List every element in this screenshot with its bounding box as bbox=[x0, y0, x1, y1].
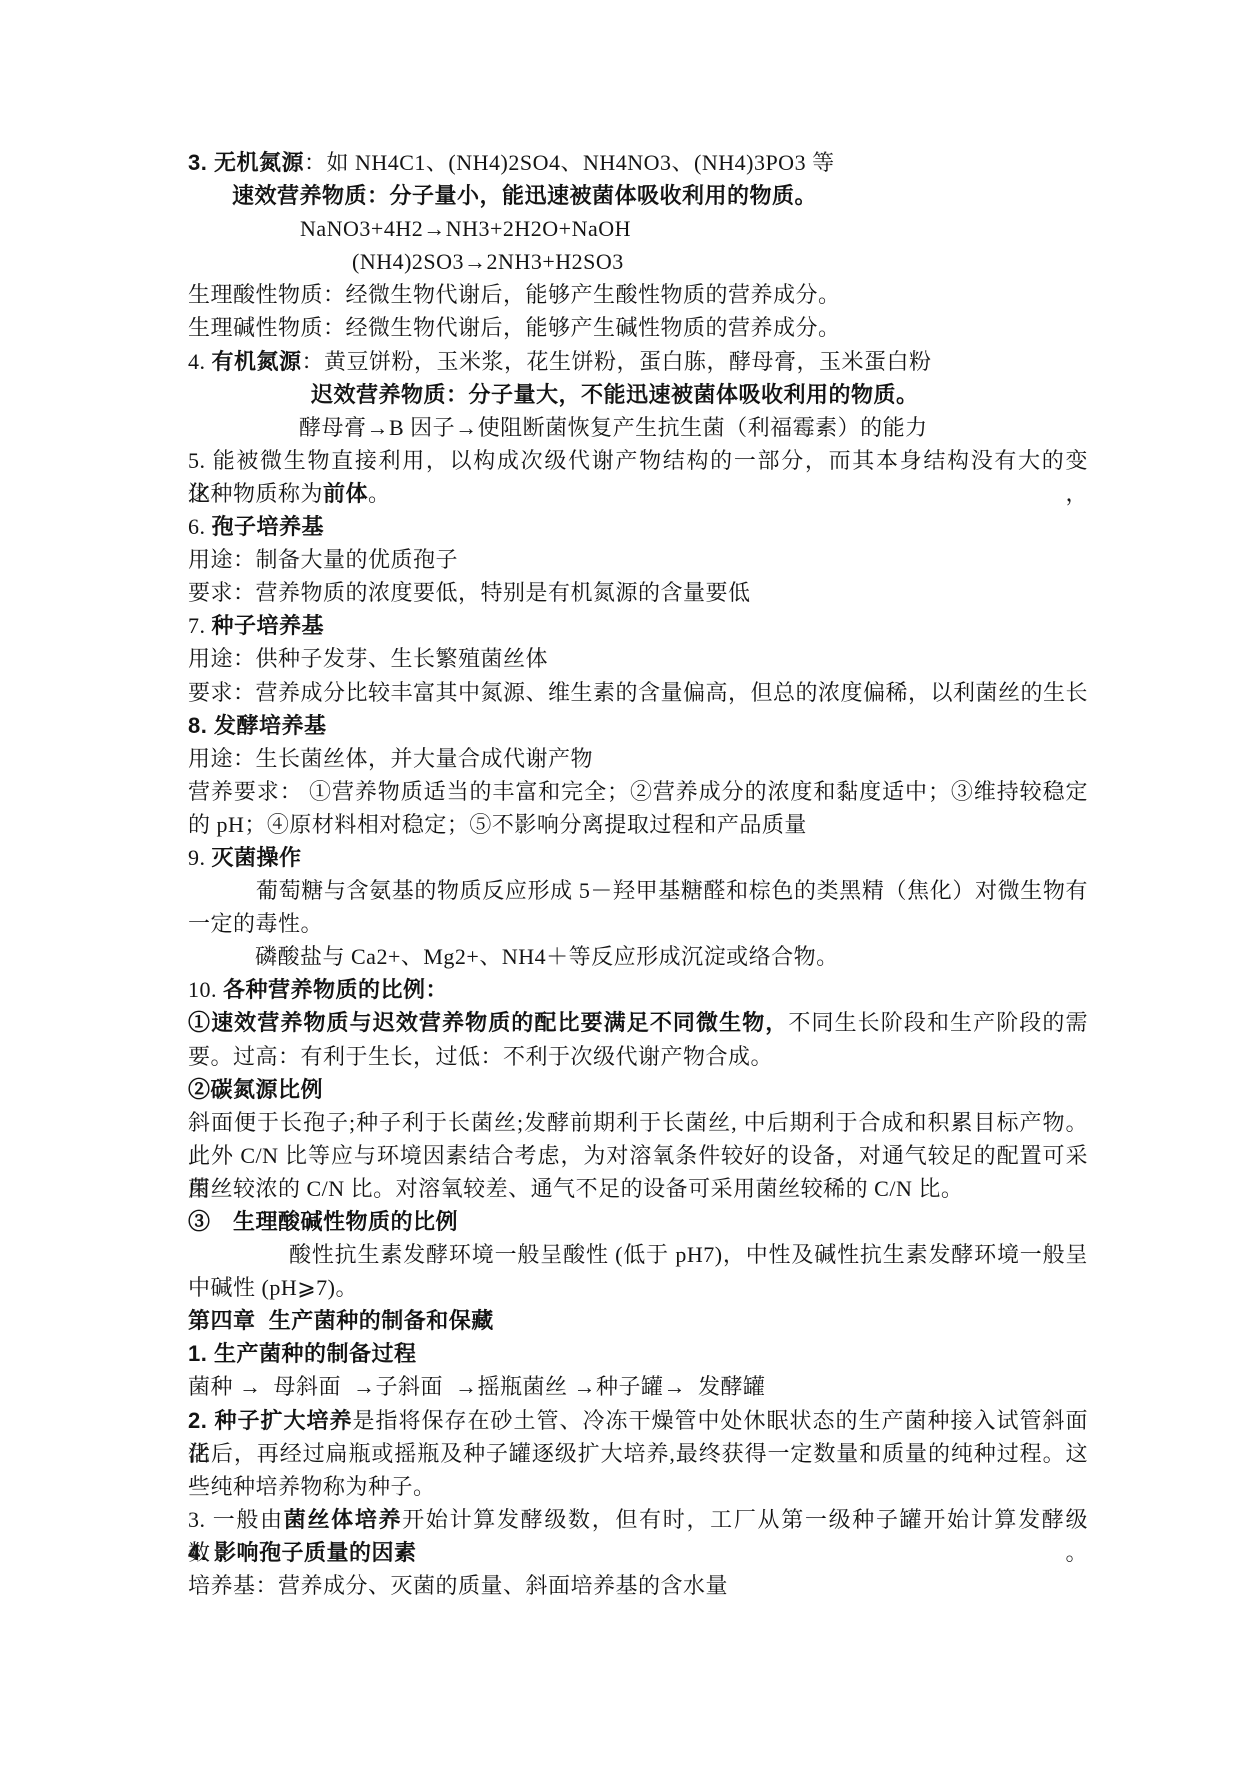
body-text-run: 一定的毒性。 bbox=[188, 911, 323, 936]
fermentation-medium-requirement-part1: 营养要求： ①营养物质适当的丰富和完全；②营养成分的浓度和黏度适中；③维持较稳定 bbox=[188, 775, 1088, 808]
emphasis-text-run: 孢子培养基 bbox=[212, 514, 325, 539]
body-text-run: 4. bbox=[188, 349, 212, 374]
emphasis-text-run: ③ 生理酸碱性物质的比例 bbox=[188, 1209, 458, 1234]
emphasis-text-run: 8. 发酵培养基 bbox=[188, 713, 326, 738]
ph-note-part1: 酸性抗生素发酵环境一般呈酸性 (低于 pH7)，中性及碱性抗生素发酵环境一般呈 bbox=[188, 1238, 1088, 1271]
list-item-2-seed-expansion-part1: 2. 种子扩大培养是指将保存在砂土管、冷冻干燥管中处休眠状态的生产菌种接入试管斜… bbox=[188, 1404, 1088, 1437]
seed-medium-requirement: 要求：营养成分比较丰富其中氮源、维生素的含量偏高，但总的浓度偏稀，以利菌丝的生长 bbox=[188, 676, 1088, 709]
chemical-equation-2: (NH4)2SO3→2NH3+H2SO3 bbox=[188, 245, 1088, 278]
cn-ratio-note-part3: 菌丝较浓的 C/N 比。对溶氧较差、通气不足的设备可采用菌丝较稀的 C/N 比。 bbox=[188, 1172, 1088, 1205]
emphasis-text-run: 灭菌操作 bbox=[212, 845, 302, 870]
emphasis-text-run: 种子培养基 bbox=[212, 613, 325, 638]
body-text-run: 营养要求： ①营养物质适当的丰富和完全；②营养成分的浓度和黏度适中；③维持较稳定 bbox=[188, 779, 1088, 804]
yeast-extract-note: 酵母膏→B 因子→使阻断菌恢复产生抗生菌（利福霉素）的能力 bbox=[188, 411, 1088, 444]
emphasis-text-run: 前体 bbox=[323, 481, 368, 506]
body-text-run: 这种物质称为 bbox=[188, 481, 323, 506]
emphasis-text-run: 速效营养物质：分子量小，能迅速被菌体吸收利用的物质。 bbox=[232, 183, 817, 208]
medium-factors-note: 培养基：营养成分、灭菌的质量、斜面培养基的含水量 bbox=[188, 1569, 1088, 1602]
chemical-equation-1: NaNO3+4H2→NH3+2H2O+NaOH bbox=[188, 212, 1088, 245]
body-text-run: 9. bbox=[188, 845, 212, 870]
list-item-7-seed-medium: 7. 种子培养基 bbox=[188, 609, 1088, 642]
body-text-run: 用途：供种子发芽、生长繁殖菌丝体 bbox=[188, 646, 548, 671]
chapter-4-heading: 第四章 生产菌种的制备和保藏 bbox=[188, 1304, 1088, 1337]
body-text-run: 斜面便于长孢子;种子利于长菌丝;发酵前期利于长菌丝, 中后期利于合成和积累目标产… bbox=[188, 1110, 1088, 1135]
fermentation-medium-requirement-part2: 的 pH；④原材料相对稳定；⑤不影响分离提取过程和产品质量 bbox=[188, 808, 1088, 841]
body-text-run: 用途：制备大量的优质孢子 bbox=[188, 547, 458, 572]
body-text-run: ：如 NH4C1、(NH4)2SO4、NH4NO3、(NH4)3PO3 等 bbox=[304, 150, 835, 175]
emphasis-text-run: 迟效营养物质：分子量大，不能迅速被菌体吸收利用的物质。 bbox=[311, 382, 919, 407]
cn-ratio-note-part2: 此外 C/N 比等应与环境因素结合考虑，为对溶氧条件较好的设备，对通气较足的配置… bbox=[188, 1139, 1088, 1172]
body-text-run: 化后，再经过扁瓶或摇瓶及种子罐逐级扩大培养,最终获得一定数量和质量的纯种过程。这 bbox=[188, 1441, 1088, 1466]
body-text-run: 菌种 → 母斜面 →子斜面 →摇瓶菌丝 →种子罐→ 发酵罐 bbox=[188, 1374, 766, 1399]
ratio-point-1-part1: ①速效营养物质与迟效营养物质的配比要满足不同微生物，不同生长阶段和生产阶段的需 bbox=[188, 1006, 1088, 1039]
body-text-run: (NH4)2SO3→2NH3+H2SO3 bbox=[352, 249, 624, 274]
list-item-1-strain-preparation: 1. 生产菌种的制备过程 bbox=[188, 1337, 1088, 1370]
phosphate-note: 磷酸盐与 Ca2+、Mg2+、NH4＋等反应形成沉淀或络合物。 bbox=[188, 940, 1088, 973]
emphasis-text-run: 有机氮源 bbox=[212, 349, 302, 374]
list-item-6-spore-medium: 6. 孢子培养基 bbox=[188, 510, 1088, 543]
list-item-8-fermentation-medium: 8. 发酵培养基 bbox=[188, 709, 1088, 742]
body-text-run: ：黄豆饼粉，玉米浆，花生饼粉，蛋白胨，酵母膏，玉米蛋白粉 bbox=[302, 349, 932, 374]
list-item-5-precursor-part1: 5. 能被微生物直接利用，以构成次级代谢产物结构的一部分，而其本身结构没有大的变… bbox=[188, 444, 1088, 477]
body-text-run: 7. bbox=[188, 613, 212, 638]
list-item-3-inorganic-nitrogen: 3. 无机氮源：如 NH4C1、(NH4)2SO4、NH4NO3、(NH4)3P… bbox=[188, 146, 1088, 179]
emphasis-text-run: 菌丝体培养 bbox=[284, 1507, 402, 1532]
list-item-4-organic-nitrogen: 4. 有机氮源：黄豆饼粉，玉米浆，花生饼粉，蛋白胨，酵母膏，玉米蛋白粉 bbox=[188, 345, 1088, 378]
body-text-run: 用途：生长菌丝体，并大量合成代谢产物 bbox=[188, 746, 593, 771]
body-text-run: 。 bbox=[368, 481, 391, 506]
body-text-run: 不同生长阶段和生产阶段的需 bbox=[788, 1010, 1088, 1035]
definition-slow-nutrient: 迟效营养物质：分子量大，不能迅速被菌体吸收利用的物质。 bbox=[188, 378, 1088, 411]
definition-physiological-alkaline: 生理碱性物质：经微生物代谢后，能够产生碱性物质的营养成分。 bbox=[188, 311, 1088, 344]
list-item-3-mycelium-culture: 3. 一般由菌丝体培养开始计算发酵级数，但有时，工厂从第一级种子罐开始计算发酵级… bbox=[188, 1503, 1088, 1536]
cn-ratio-note-part1: 斜面便于长孢子;种子利于长菌丝;发酵前期利于长菌丝, 中后期利于合成和积累目标产… bbox=[188, 1106, 1088, 1139]
body-text-run: 培养基：营养成分、灭菌的质量、斜面培养基的含水量 bbox=[188, 1573, 728, 1598]
definition-quick-nutrient: 速效营养物质：分子量小，能迅速被菌体吸收利用的物质。 bbox=[188, 179, 1088, 212]
emphasis-text-run: 1. 生产菌种的制备过程 bbox=[188, 1341, 416, 1366]
body-text-run: 酸性抗生素发酵环境一般呈酸性 (低于 pH7)，中性及碱性抗生素发酵环境一般呈 bbox=[289, 1242, 1088, 1267]
body-text-run: 些纯种培养物称为种子。 bbox=[188, 1474, 436, 1499]
seed-medium-use: 用途：供种子发芽、生长繁殖菌丝体 bbox=[188, 642, 1088, 675]
body-text-run: 中碱性 (pH⩾7)。 bbox=[188, 1275, 358, 1300]
body-text-run: 6. bbox=[188, 514, 212, 539]
emphasis-text-run: 3. 无机氮源 bbox=[188, 150, 304, 175]
document-body: 3. 无机氮源：如 NH4C1、(NH4)2SO4、NH4NO3、(NH4)3P… bbox=[188, 146, 1088, 1602]
ratio-point-2-heading: ②碳氮源比例 bbox=[188, 1073, 1088, 1106]
body-text-run: 磷酸盐与 Ca2+、Mg2+、NH4＋等反应形成沉淀或络合物。 bbox=[255, 944, 839, 969]
body-text-run: 要求：营养物质的浓度要低，特别是有机氮源的含量要低 bbox=[188, 580, 751, 605]
emphasis-text-run: ②碳氮源比例 bbox=[188, 1077, 323, 1102]
body-text-run: 的 pH；④原材料相对稳定；⑤不影响分离提取过程和产品质量 bbox=[188, 812, 807, 837]
body-text-run: 要。过高：有利于生长，过低：不利于次级代谢产物合成。 bbox=[188, 1044, 773, 1069]
body-text-run: 10. bbox=[188, 977, 223, 1002]
list-item-2-seed-expansion-part2: 化后，再经过扁瓶或摇瓶及种子罐逐级扩大培养,最终获得一定数量和质量的纯种过程。这 bbox=[188, 1437, 1088, 1470]
ratio-point-3-heading: ③ 生理酸碱性物质的比例 bbox=[188, 1205, 1088, 1238]
list-item-2-seed-expansion-part3: 些纯种培养物称为种子。 bbox=[188, 1470, 1088, 1503]
body-text-run: 葡萄糖与含氨基的物质反应形成 5－羟甲基糖醛和棕色的类黑精（焦化）对微生物有 bbox=[256, 878, 1088, 903]
emphasis-text-run: ①速效营养物质与迟效营养物质的配比要满足不同微生物， bbox=[188, 1010, 788, 1035]
process-flow-line: 菌种 → 母斜面 →子斜面 →摇瓶菌丝 →种子罐→ 发酵罐 bbox=[188, 1370, 1088, 1403]
list-item-9-sterilization: 9. 灭菌操作 bbox=[188, 841, 1088, 874]
body-text-run: NaNO3+4H2→NH3+2H2O+NaOH bbox=[300, 216, 631, 241]
sterilization-note-part1: 葡萄糖与含氨基的物质反应形成 5－羟甲基糖醛和棕色的类黑精（焦化）对微生物有 bbox=[188, 874, 1088, 907]
body-text-run: 生理酸性物质：经微生物代谢后，能够产生酸性物质的营养成分。 bbox=[188, 282, 841, 307]
body-text-run: 生理碱性物质：经微生物代谢后，能够产生碱性物质的营养成分。 bbox=[188, 315, 841, 340]
emphasis-text-run: 第四章 生产菌种的制备和保藏 bbox=[188, 1308, 494, 1333]
spore-medium-requirement: 要求：营养物质的浓度要低，特别是有机氮源的含量要低 bbox=[188, 576, 1088, 609]
list-item-10-nutrient-ratio: 10. 各种营养物质的比例： bbox=[188, 973, 1088, 1006]
ratio-point-1-part2: 要。过高：有利于生长，过低：不利于次级代谢产物合成。 bbox=[188, 1040, 1088, 1073]
body-text-run: 要求：营养成分比较丰富其中氮源、维生素的含量偏高，但总的浓度偏稀，以利菌丝的生长 bbox=[188, 680, 1088, 705]
body-text-run: 菌丝较浓的 C/N 比。对溶氧较差、通气不足的设备可采用菌丝较稀的 C/N 比。 bbox=[188, 1176, 963, 1201]
fermentation-medium-use: 用途：生长菌丝体，并大量合成代谢产物 bbox=[188, 742, 1088, 775]
emphasis-text-run: 各种营养物质的比例： bbox=[223, 977, 448, 1002]
sterilization-note-part2: 一定的毒性。 bbox=[188, 907, 1088, 940]
definition-physiological-acidic: 生理酸性物质：经微生物代谢后，能够产生酸性物质的营养成分。 bbox=[188, 278, 1088, 311]
emphasis-text-run: 2. 种子扩大培养 bbox=[188, 1408, 352, 1433]
emphasis-text-run: 4. 影响孢子质量的因素 bbox=[188, 1540, 416, 1565]
body-text-run: 3. 一般由 bbox=[188, 1507, 284, 1532]
ph-note-part2: 中碱性 (pH⩾7)。 bbox=[188, 1271, 1088, 1304]
body-text-run: 酵母膏→B 因子→使阻断菌恢复产生抗生菌（利福霉素）的能力 bbox=[299, 415, 928, 440]
spore-medium-use: 用途：制备大量的优质孢子 bbox=[188, 543, 1088, 576]
